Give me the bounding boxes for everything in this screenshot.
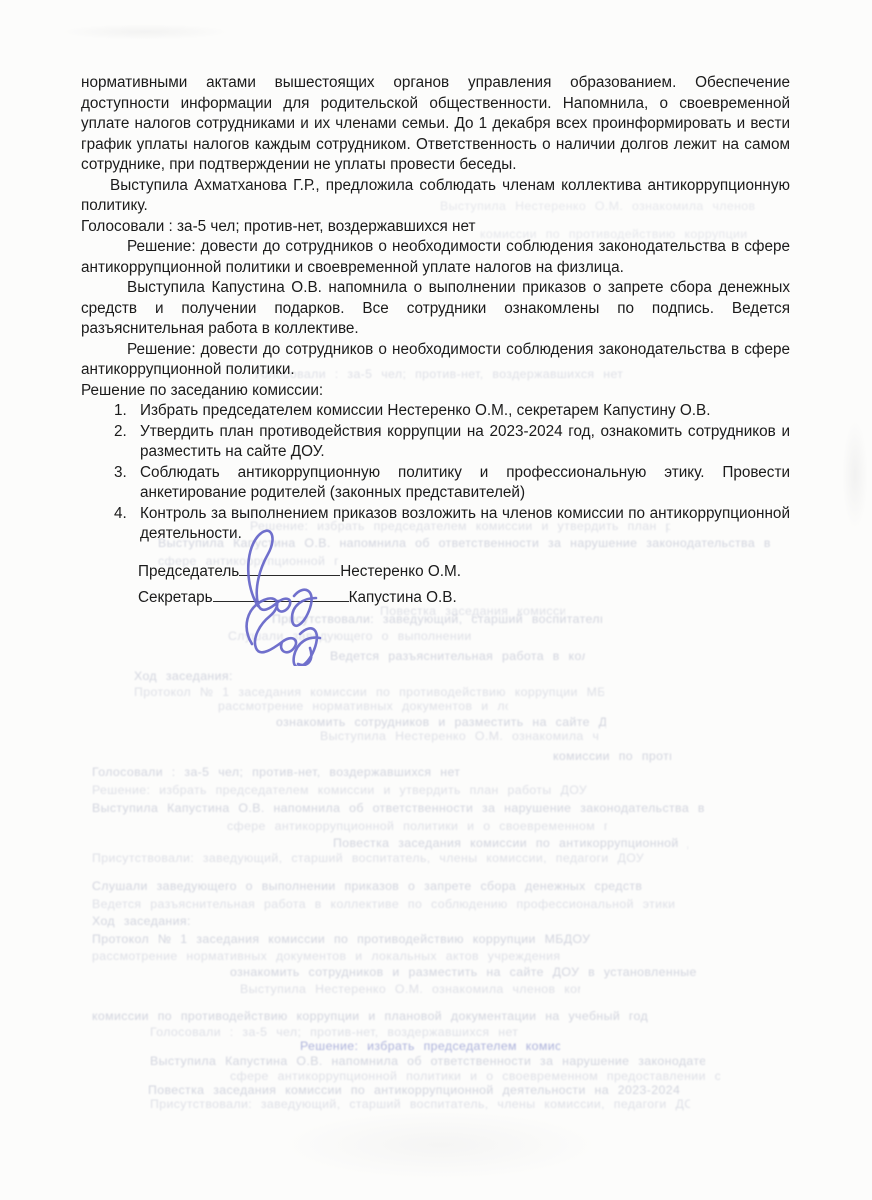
paragraph: Выступила Капустина О.В. напомнила о вып… [81,278,790,340]
bleed-through-line: Выступила Капустина О.В. напомнила об от… [150,1055,705,1068]
paragraph: Решение: довести до сотрудников о необхо… [81,237,790,278]
bleed-through-line: Ход заседания: [92,915,760,928]
paragraph: нормативными актами вышестоящих органов … [81,73,790,176]
bleed-through-line: Протокол № 1 заседания комиссии по проти… [134,686,604,699]
resolution-item: Избрать председателем комиссии Нестеренк… [140,401,790,422]
document-text-block: нормативными актами вышестоящих органов … [81,73,790,611]
scan-smudge [280,1110,600,1180]
bleed-through-line: Протокол № 1 заседания комиссии по проти… [92,933,802,946]
scanned-document-page: Выступила Нестеренко О.М. ознакомила чле… [0,0,872,1200]
bleed-through-line: ознакомить сотрудников и разместить на с… [276,716,606,729]
bleed-through-line: Ведется разъяснительная работа в коллект… [92,898,782,911]
paragraph: Решение: довести до сотрудников о необхо… [81,340,790,381]
bleed-through-line: Ведется разъяснительная работа в коллект… [330,650,585,663]
resolution-item: Соблюдать антикоррупционную политику и п… [140,463,790,504]
signature-name-secretary: Капустина О.В. [349,589,457,606]
bleed-through-line: рассмотрение нормативных документов и ло… [92,950,692,963]
scan-smudge [60,24,230,40]
bleed-through-line: Голосовали : за-5 чел; против-нет, возде… [92,766,807,779]
bleed-through-line: комиссии по противодействию коррупции и … [92,1010,810,1023]
signature-role-secretary: Секретарь [138,589,213,606]
paragraphs: нормативными актами вышестоящих органов … [81,73,790,381]
bleed-through-line: Повестка заседания комиссии по антикорру… [333,837,688,850]
bleed-through-line: Выступила Капустина О.В. напомнила об от… [92,802,804,815]
bleed-through-line: Присутствовали: заведующий, старший восп… [150,1098,690,1111]
bleed-through-line: ознакомить сотрудников и разместить на с… [230,966,700,979]
resolution-item: Утвердить план противодействия коррупции… [140,422,790,463]
bleed-through-line: сфере антикоррупционной политики и о сво… [230,1070,720,1083]
signature-block: ПредседательНестеренко О.М. СекретарьКап… [81,559,790,611]
scan-smudge [842,420,868,530]
bleed-through-line: Присутствовали: заведующий, старший восп… [92,852,807,865]
bleed-through-line: Выступила Нестеренко О.М. ознакомила чле… [240,983,580,996]
bleed-through-line: Повестка заседания комиссии по антикорру… [148,1084,683,1097]
bleed-through-line: Ход заседания: [134,670,734,683]
bleed-through-line: комиссии по противодействию коррупции и … [553,750,671,763]
bleed-through-line: Голосовали : за-5 чел; против-нет, возде… [150,1026,700,1039]
bleed-through-line: Решение: избрать председателем комиссии … [92,784,792,797]
bleed-through-line: Слушали заведующего о выполнении приказо… [92,880,804,893]
paragraph: Выступила Ахматханова Г.Р., предложила с… [81,176,790,217]
bleed-through-line: сфере антикоррупционной политики и о сво… [227,820,607,833]
resolution-heading: Решение по заседанию комиссии: [81,381,790,402]
bleed-through-line: Выступила Нестеренко О.М. ознакомила чле… [320,730,598,743]
bleed-through-line: рассмотрение нормативных документов и ло… [218,700,508,713]
bleed-through-line: Решение: избрать председателем комиссии … [300,1040,560,1053]
paragraph: Голосовали : за-5 чел; против-нет, возде… [81,217,790,238]
handwritten-signature-ink [224,516,359,666]
resolution-list: Избрать председателем комиссии Нестеренк… [81,401,790,545]
